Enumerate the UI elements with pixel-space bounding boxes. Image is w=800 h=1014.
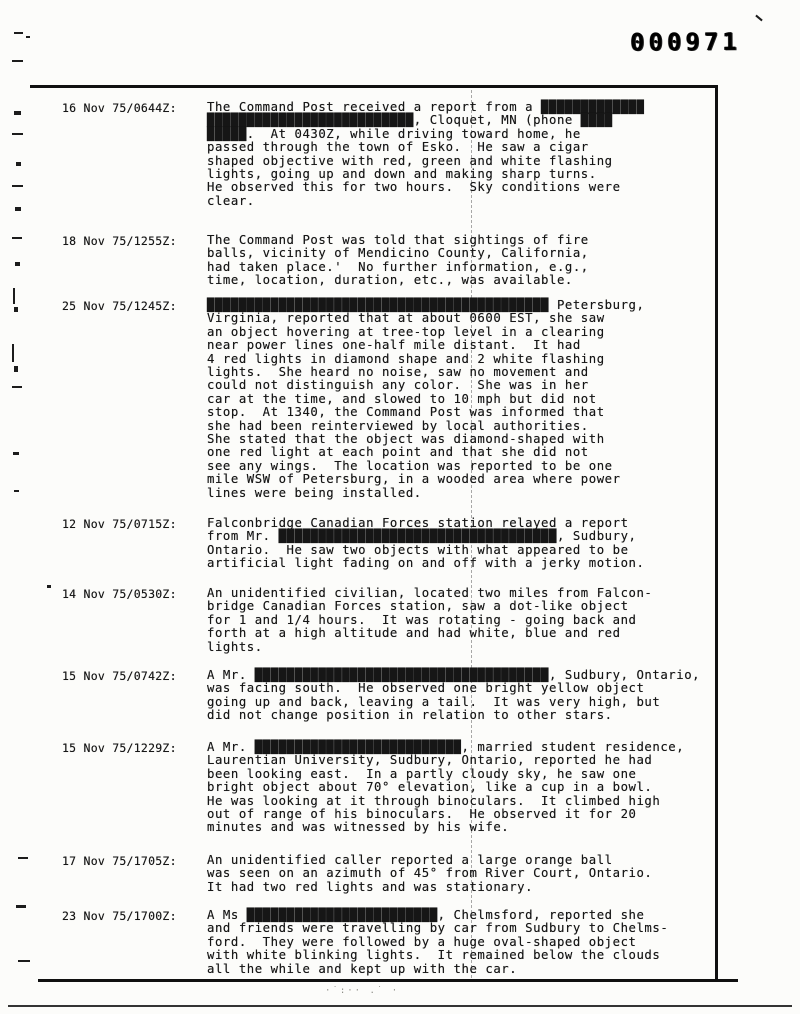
entry-date: 17 Nov 75/1705Z: [62,854,207,868]
entry-body: An unidentified civilian, located two mi… [207,587,652,654]
scan-mark [15,262,20,266]
entry-body: ████████████████████████████████████████… [207,299,644,500]
document-number-stamp: 000971 [630,28,741,57]
log-entry: 25 Nov 75/1245Z: ███████████████████████… [62,299,644,500]
scan-mark [755,15,762,22]
scan-mark [12,344,14,362]
entry-body: A Mr. ██████████████████████████████████… [207,669,700,723]
entry-date: 25 Nov 75/1245Z: [62,299,207,313]
log-entry: 15 Nov 75/1229Z: A Mr. █████████████████… [62,741,684,835]
scan-mark [16,905,26,908]
scan-mark [12,185,23,187]
scan-mark [14,32,23,34]
scan-mark [14,366,18,372]
scan-mark [14,307,18,312]
entry-date: 14 Nov 75/0530Z: [62,587,207,601]
log-entry: 16 Nov 75/0644Z: The Command Post receiv… [62,101,644,208]
scan-mark [15,207,21,211]
scan-mark [26,36,30,38]
entry-date: 12 Nov 75/0715Z: [62,517,207,531]
smudge-mark: ·˙:·· .˙ · [325,986,399,996]
log-entry: 18 Nov 75/1255Z: The Command Post was to… [62,234,589,288]
entry-date: 15 Nov 75/1229Z: [62,741,207,755]
scanned-document-page: 000971 ·˙:·· .˙ · 16 Nov 75/0644Z: The C… [0,0,800,1014]
page-bottom-rule [8,1005,792,1007]
entry-date: 23 Nov 75/1700Z: [62,909,207,923]
scan-mark [13,288,15,304]
log-entry: 17 Nov 75/1705Z: An unidentified caller … [62,854,652,894]
scan-mark [18,960,30,962]
scan-mark [12,133,23,135]
scan-mark [12,386,22,388]
entry-body: A Mr. ██████████████████████████, marrie… [207,741,684,835]
scan-mark [18,857,28,859]
entry-body: Falconbridge Canadian Forces station rel… [207,517,644,571]
border-top-rule [30,85,718,88]
entry-date: 16 Nov 75/0644Z: [62,101,207,115]
log-entry: 15 Nov 75/0742Z: A Mr. █████████████████… [62,669,700,723]
entry-date: 15 Nov 75/0742Z: [62,669,207,683]
entry-date: 18 Nov 75/1255Z: [62,234,207,248]
entry-body: The Command Post received a report from … [207,101,644,208]
log-entry: 12 Nov 75/0715Z: Falconbridge Canadian F… [62,517,644,571]
border-right-rule [715,85,718,982]
scan-mark [14,111,21,115]
scan-mark [12,237,22,239]
log-entry: 14 Nov 75/0530Z: An unidentified civilia… [62,587,652,654]
scan-mark [13,452,19,455]
scan-mark [16,162,21,166]
log-entry: 23 Nov 75/1700Z: A Ms ██████████████████… [62,909,668,976]
scan-mark [12,60,23,62]
entry-body: A Ms ████████████████████████, Chelmsfor… [207,909,668,976]
scan-mark [47,585,51,588]
border-bottom-rule [38,979,738,982]
entry-body: An unidentified caller reported a large … [207,854,652,894]
entry-body: The Command Post was told that sightings… [207,234,589,288]
scan-mark [14,490,19,492]
